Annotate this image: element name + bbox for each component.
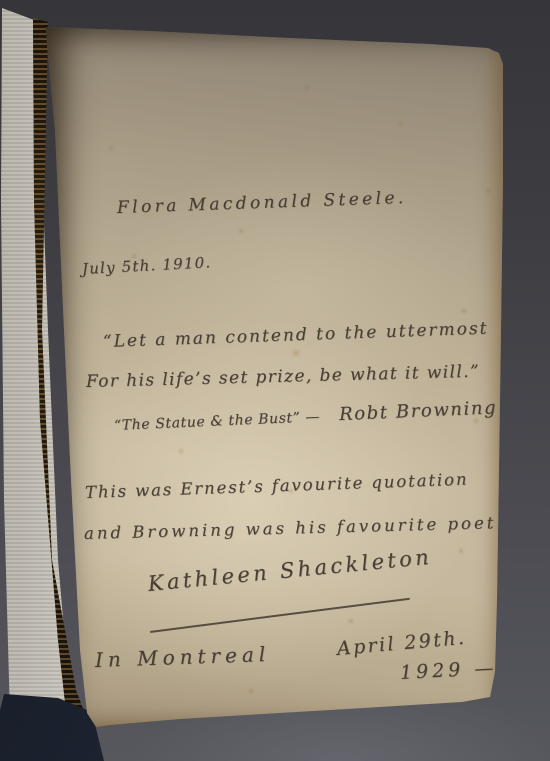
flyleaf-page: Flora Macdonald Steele. July 5th. 1910. … [46,27,503,727]
year-1929: 1929 — [399,657,497,684]
book-photograph: Flora Macdonald Steele. July 5th. 1910. … [0,0,550,761]
quote-author: Robt Browning [339,397,498,425]
note-line-1: This was Ernest’s favourite quotation [85,470,469,502]
signature-kathleen-shackleton: Kathleen Shackleton [147,545,433,596]
note-line-2: and Browning was his favourite poet. [84,513,505,543]
inscription-date-1910: July 5th. 1910. [82,253,212,278]
date-april-29: April 29th. [336,627,467,660]
place-montreal: In Montreal [95,642,271,672]
quote-source-title: “The Statue & the Bust” — [114,409,321,434]
signature-underline [150,598,410,633]
inscription-owner-name: Flora Macdonald Steele. [117,188,407,218]
foxing-spots [46,27,48,29]
quote-line-1: “Let a man contend to the uttermost [103,319,489,352]
quote-attribution: “The Statue & the Bust” — Robt Browning [114,397,498,435]
quote-line-2: For his life’s set prize, be what it wil… [86,362,481,392]
